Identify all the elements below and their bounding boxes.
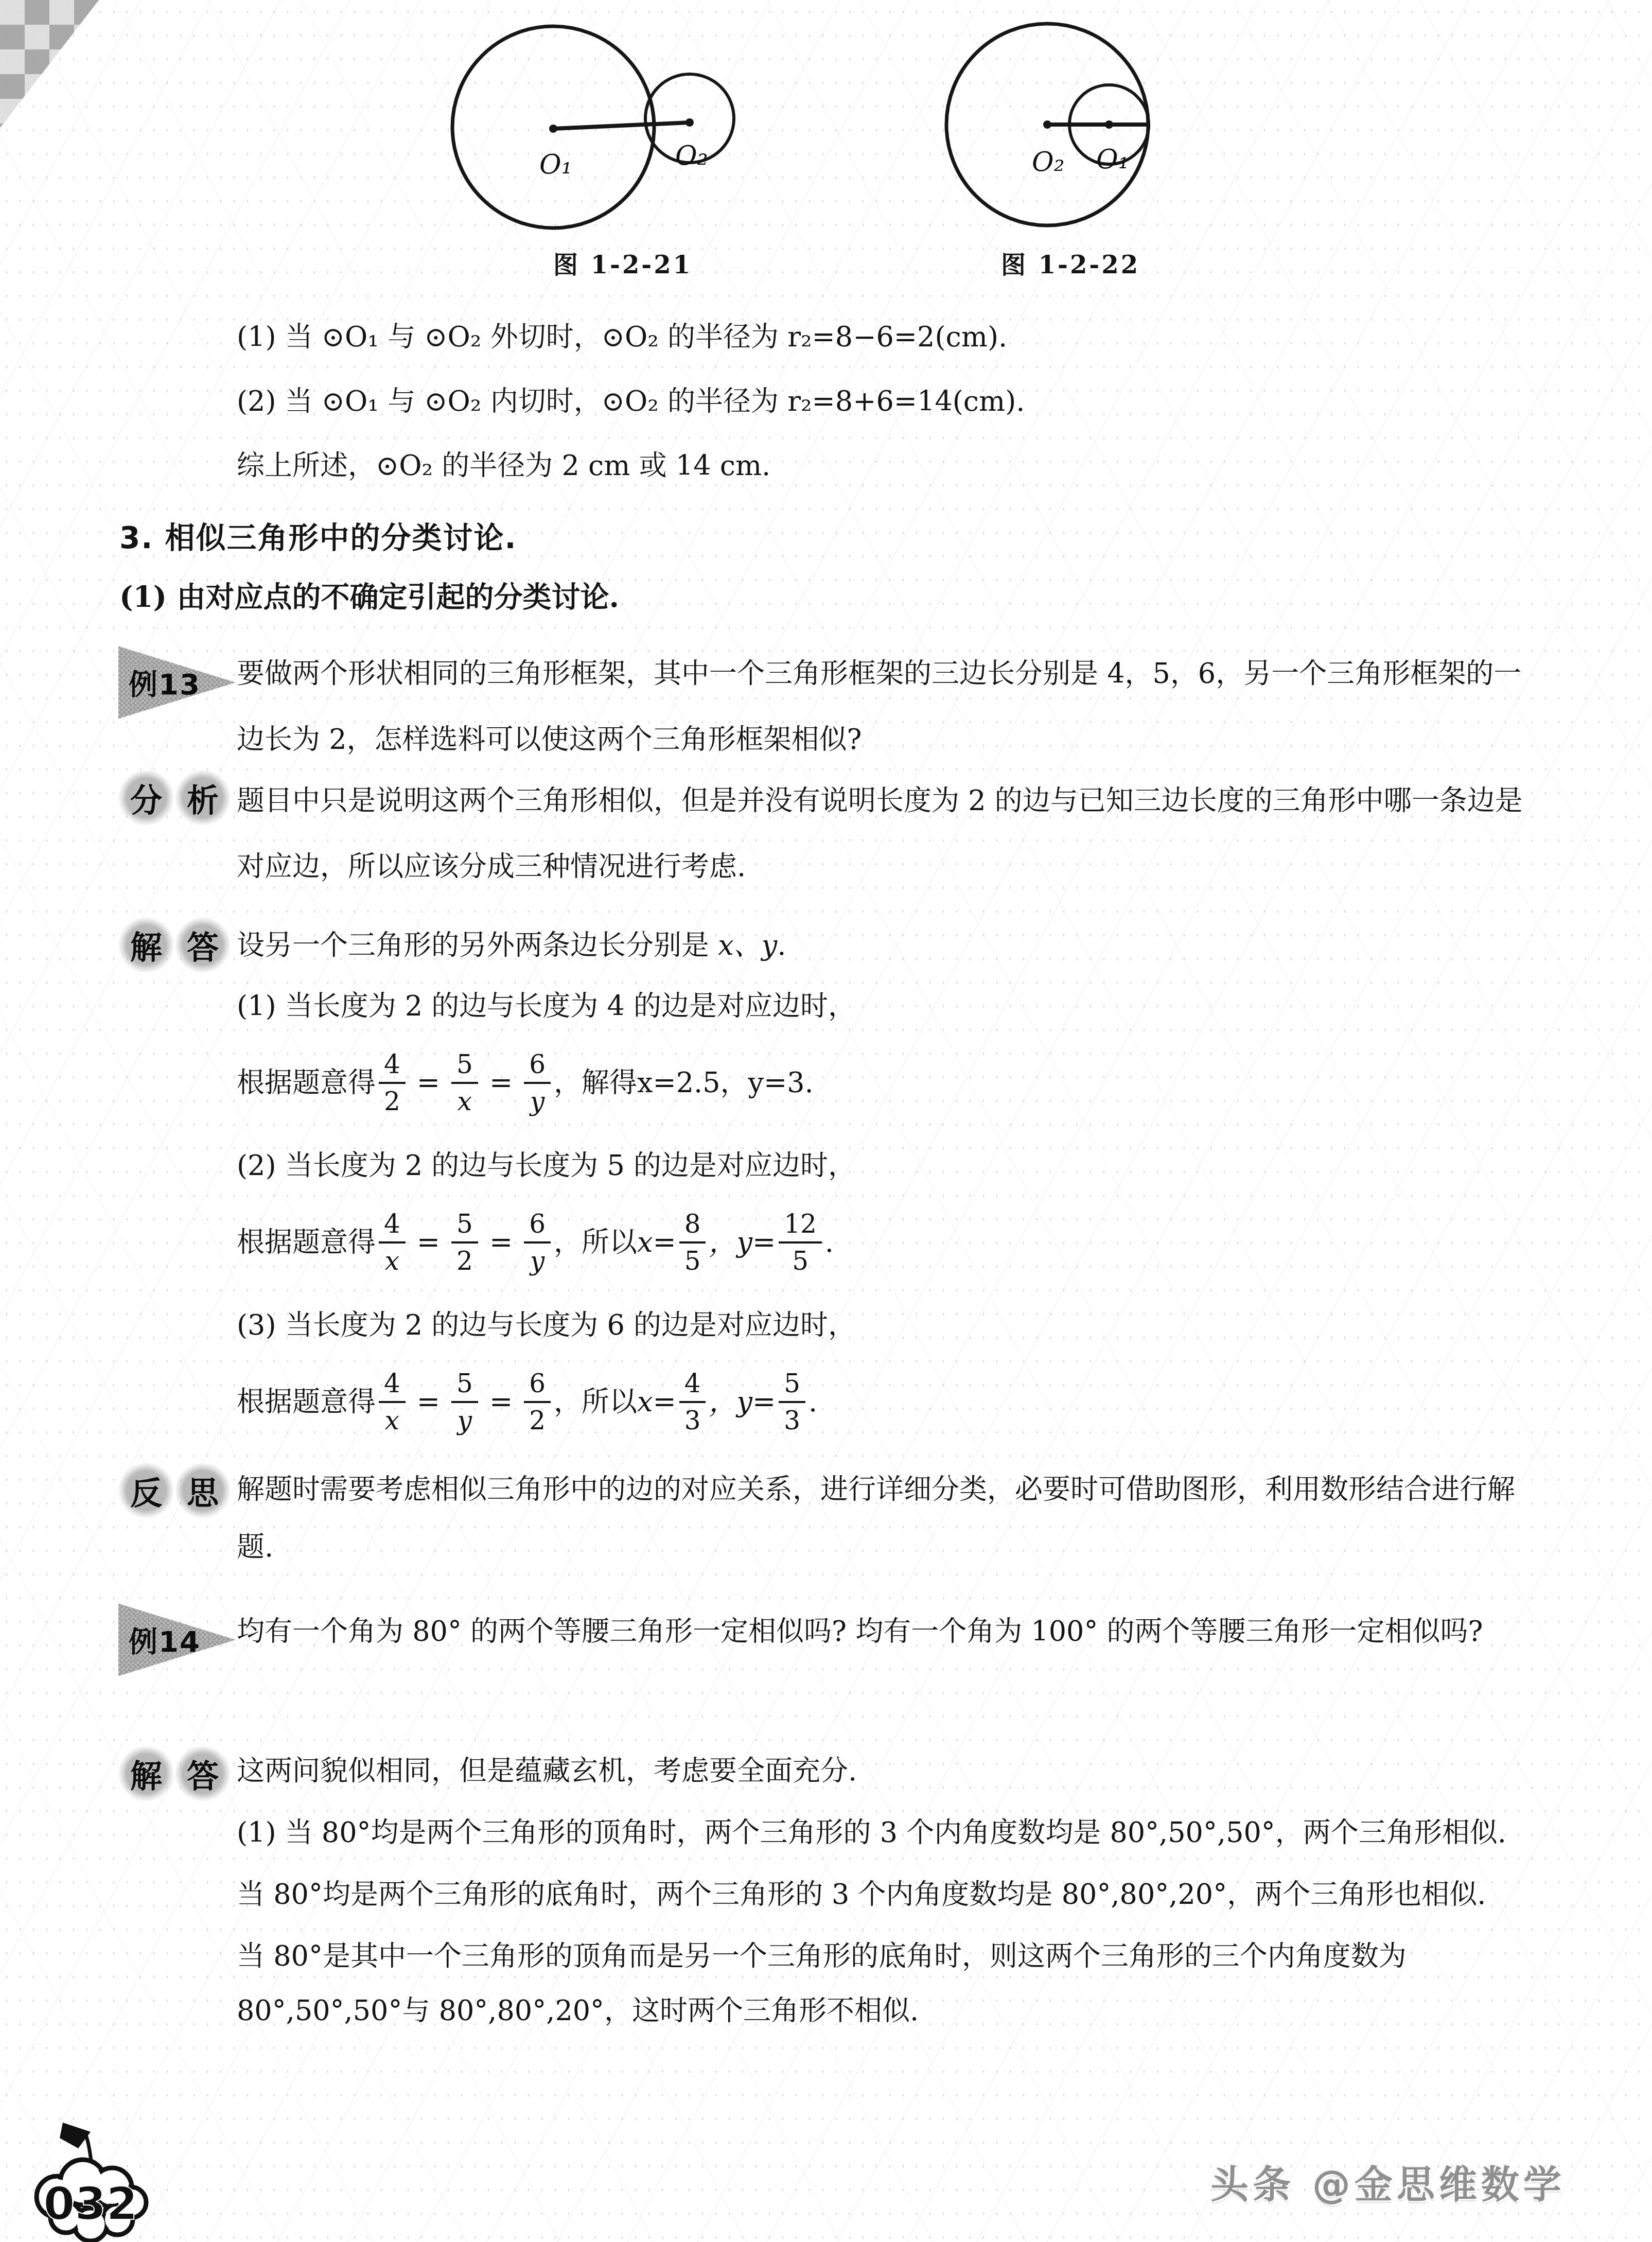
equation-prefix: 根据题意得 — [237, 1050, 376, 1116]
equals-sign: = — [489, 1369, 513, 1435]
badge-column: 例14 — [118, 1598, 237, 1678]
result-y-prefix: ，y= — [709, 1210, 776, 1275]
example-13-badge: 例13 — [118, 644, 236, 721]
fraction-5-x: 5x — [451, 1051, 478, 1115]
example-13-badge-label: 例13 — [129, 662, 201, 703]
equals-sign: = — [417, 1369, 440, 1435]
example-14-badge-label: 例14 — [129, 1619, 201, 1660]
case-2-line: (2) 当长度为 2 的边与长度为 5 的边是对应边时， — [237, 1135, 1539, 1196]
example-14-block: 例14 均有一个角为 80° 的两个等腰三角形一定相似吗? 均有一个角为 100… — [118, 1598, 1539, 1678]
equals-sign: = — [417, 1050, 440, 1116]
solution-badge-char-2: 答 — [175, 917, 231, 973]
equation-connector: ，所以 — [554, 1369, 637, 1435]
solution-text-ex13: 设另一个三角形的另外两条边长分别是 x、y. (1) 当长度为 2 的边与长度为… — [237, 915, 1539, 1455]
badge-column: 解 答 — [118, 1744, 237, 2045]
fraction-4-x: 4x — [379, 1370, 406, 1434]
fraction-12-5: 125 — [779, 1211, 822, 1275]
solution-badge-char-2: 答 — [175, 1746, 231, 1801]
center-dot-O1 — [549, 125, 557, 133]
example-13-question-text: 要做两个形状相同的三角形框架，其中一个三角形框架的三边长分别是 4，5，6，另一… — [237, 641, 1539, 773]
center-line-O1O2 — [553, 122, 690, 129]
solution-paragraph-3: 当 80°是其中一个三角形的顶角而是另一个三角形的底角时，则这两个三角形的三个内… — [237, 1929, 1539, 2038]
reflection-block: 反 思 解题时需要考虑相似三角形中的边的对应关系，进行详细分类，必要时可借助图形… — [118, 1461, 1539, 1576]
example-13-question: 要做两个形状相同的三角形框架，其中一个三角形框架的三边长分别是 4，5，6，另一… — [237, 641, 1539, 773]
solution-intro: 设另一个三角形的另外两条边长分别是 x、y. — [237, 915, 1539, 976]
badge-column: 反 思 — [118, 1461, 237, 1576]
result-x-prefix: x= — [637, 1369, 676, 1435]
result-x-prefix: x= — [637, 1210, 676, 1275]
center-dot-O1 — [1105, 120, 1113, 129]
equation-connector: ，所以 — [554, 1210, 637, 1275]
example-14-badge: 例14 — [118, 1601, 236, 1678]
equals-sign: = — [417, 1210, 440, 1275]
textbook-page: O₁ O₂ 图 1-2-21 O₂ O₁ 图 1-2-22 (1) 当 ⊙O₁ … — [0, 0, 1652, 2242]
case-1-line: (1) 当长度为 2 的边与长度为 4 的边是对应边时， — [237, 976, 1539, 1037]
solution-line-3: 综上所述，⊙O₂ 的半径为 2 cm 或 14 cm. — [237, 433, 1025, 498]
fraction-5-2: 52 — [451, 1211, 478, 1275]
label-O1: O₁ — [1096, 144, 1129, 175]
fraction-6-y: 6y — [524, 1211, 551, 1275]
fraction-4-2: 42 — [379, 1051, 406, 1115]
center-dot-O2 — [686, 118, 694, 127]
result-period: . — [825, 1210, 834, 1275]
equation-prefix: 根据题意得 — [237, 1369, 376, 1435]
page-number-cloud: 032 — [13, 2118, 168, 2242]
label-O1: O₁ — [539, 149, 572, 180]
section-subheading: (1) 由对应点的不确定引起的分类讨论. — [119, 574, 619, 616]
figures-row: O₁ O₂ 图 1-2-21 O₂ O₁ 图 1-2-22 — [0, 22, 1652, 281]
center-dot-O2 — [1043, 120, 1051, 129]
watermark-text: 头条 @金思维数学 — [1210, 2155, 1566, 2209]
solution-line-1: (1) 当 ⊙O₁ 与 ⊙O₂ 外切时，⊙O₂ 的半径为 r₂=8−6=2(cm… — [237, 305, 1025, 369]
solution-badge: 解 答 — [118, 917, 237, 973]
label-O2: O₂ — [1032, 147, 1064, 178]
analysis-badge: 分 析 — [118, 770, 237, 826]
solution-badge-char-1: 解 — [118, 1746, 174, 1801]
analysis-badge-char-1: 分 — [118, 770, 174, 826]
solution-badge-char-1: 解 — [118, 917, 174, 973]
label-O2: O₂ — [675, 141, 708, 171]
reflection-badge: 反 思 — [118, 1463, 237, 1518]
equation-result: x=2.5，y=3. — [637, 1050, 814, 1116]
analysis-text: 题目中只是说明这两个三角形相似，但是并没有说明长度为 2 的边与已知三边长度的三… — [237, 768, 1539, 900]
solution-block-ex14: 解 答 这两问貌似相同，但是蕴藏玄机，考虑要全面充分. (1) 当 80°均是两… — [118, 1744, 1539, 2045]
cloud-badge-graphic: 032 — [13, 2118, 168, 2242]
reflection-badge-char-2: 思 — [175, 1463, 231, 1518]
page-number: 032 — [43, 2177, 138, 2230]
flag-icon — [60, 2123, 91, 2148]
equation-case-2: 根据题意得 4x = 52 = 6y ，所以 x= 85 ，y= 125 . — [237, 1196, 1539, 1289]
reflection-text: 解题时需要考虑相似三角形中的边的对应关系，进行详细分类，必要时可借助图形，利用数… — [237, 1461, 1539, 1576]
equation-connector: ，解得 — [554, 1050, 637, 1116]
solution-badge: 解 答 — [118, 1746, 237, 1801]
figure-1-2-22: O₂ O₁ 图 1-2-22 — [937, 22, 1204, 281]
solution-intro-post: . — [777, 929, 786, 961]
solution-intro-ex14: 这两问貌似相同，但是蕴藏玄机，考虑要全面充分. — [237, 1744, 1539, 1798]
figure-1-2-21: O₁ O₂ 图 1-2-21 — [448, 22, 798, 281]
figure-caption: 图 1-2-21 — [448, 245, 798, 281]
reflection-badge-char-1: 反 — [118, 1463, 174, 1518]
case-3-line: (3) 当长度为 2 的边与长度为 6 的边是对应边时， — [237, 1295, 1539, 1356]
example-14-question: 均有一个角为 80° 的两个等腰三角形一定相似吗? 均有一个角为 100° 的两… — [237, 1598, 1539, 1665]
fraction-5-y: 5y — [451, 1370, 478, 1434]
fraction-6-2: 62 — [524, 1370, 551, 1434]
example-13-block: 例13 要做两个形状相同的三角形框架，其中一个三角形框架的三边长分别是 4，5，… — [118, 641, 1539, 773]
badge-column: 解 答 — [118, 915, 237, 1455]
badge-column: 例13 — [118, 641, 237, 773]
solution-text-ex14: 这两问貌似相同，但是蕴藏玄机，考虑要全面充分. (1) 当 80°均是两个三角形… — [237, 1744, 1539, 2045]
figure-caption: 图 1-2-22 — [937, 245, 1204, 281]
equation-prefix: 根据题意得 — [237, 1210, 376, 1275]
circle-solution: (1) 当 ⊙O₁ 与 ⊙O₂ 外切时，⊙O₂ 的半径为 r₂=8−6=2(cm… — [237, 305, 1025, 498]
solution-block-ex13: 解 答 设另一个三角形的另外两条边长分别是 x、y. (1) 当长度为 2 的边… — [118, 915, 1539, 1455]
solution-line-2: (2) 当 ⊙O₁ 与 ⊙O₂ 内切时，⊙O₂ 的半径为 r₂=8+6=14(c… — [237, 369, 1025, 433]
section-heading: 3. 相似三角形中的分类讨论. — [119, 514, 517, 557]
analysis-badge-char-2: 析 — [175, 770, 231, 826]
equals-sign: = — [489, 1210, 513, 1275]
solution-intro-variables: x、y — [718, 929, 777, 961]
equation-case-1: 根据题意得 42 = 5x = 6y ，解得 x=2.5，y=3. — [237, 1037, 1539, 1129]
equals-sign: = — [489, 1050, 513, 1116]
analysis-paragraph: 题目中只是说明这两个三角形相似，但是并没有说明长度为 2 的边与已知三边长度的三… — [237, 768, 1539, 900]
analysis-block: 分 析 题目中只是说明这两个三角形相似，但是并没有说明长度为 2 的边与已知三边… — [118, 768, 1539, 900]
equation-case-3: 根据题意得 4x = 5y = 62 ，所以 x= 43 ，y= 53 . — [237, 1356, 1539, 1448]
result-y-prefix: ，y= — [709, 1369, 776, 1435]
solution-paragraph-2: 当 80°均是两个三角形的底角时，两个三角形的 3 个内角度数均是 80°,80… — [237, 1867, 1539, 1922]
fraction-6-y: 6y — [524, 1051, 551, 1115]
example-14-question-text: 均有一个角为 80° 的两个等腰三角形一定相似吗? 均有一个角为 100° 的两… — [237, 1598, 1539, 1678]
reflection-paragraph: 解题时需要考虑相似三角形中的边的对应关系，进行详细分类，必要时可借助图形，利用数… — [237, 1461, 1539, 1576]
fraction-8-5: 85 — [679, 1211, 706, 1275]
fraction-4-3: 43 — [679, 1370, 706, 1434]
internal-tangent-circles-diagram: O₂ O₁ — [937, 22, 1204, 238]
badge-column: 分 析 — [118, 768, 237, 900]
fraction-4-x: 4x — [379, 1211, 406, 1275]
solution-intro-pre: 设另一个三角形的另外两条边长分别是 — [237, 929, 718, 961]
fraction-5-3: 53 — [779, 1370, 805, 1434]
solution-paragraph-1: (1) 当 80°均是两个三角形的顶角时，两个三角形的 3 个内角度数均是 80… — [237, 1806, 1539, 1860]
result-period: . — [809, 1369, 817, 1435]
external-tangent-circles-diagram: O₁ O₂ — [448, 22, 798, 238]
